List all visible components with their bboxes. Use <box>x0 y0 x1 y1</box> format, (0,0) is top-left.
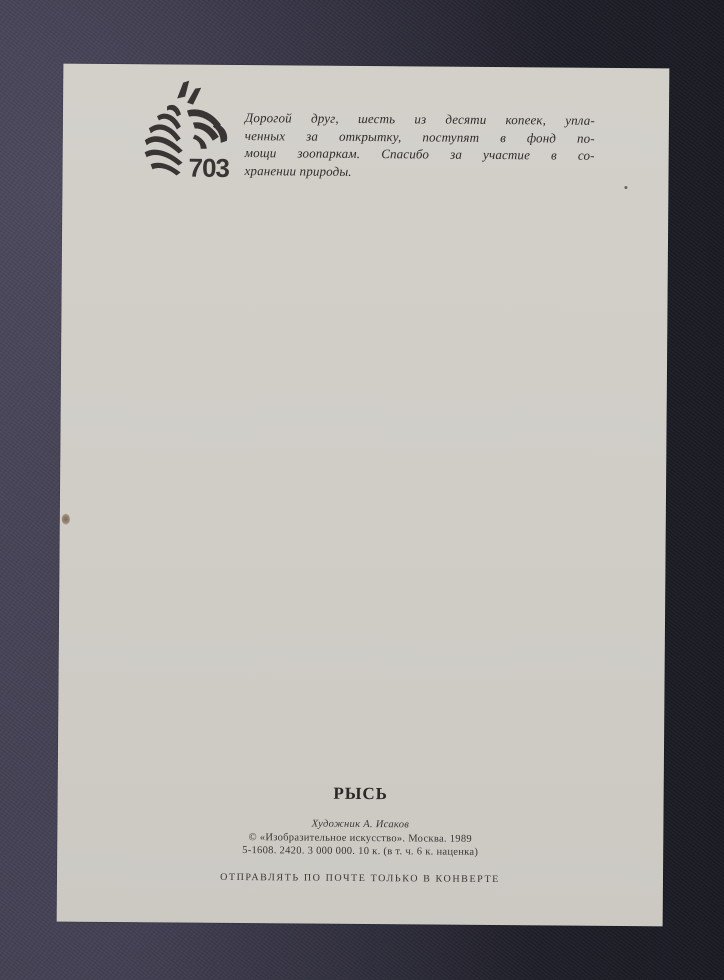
charity-note-line: хранении природы. <box>244 162 594 182</box>
charity-note-line: мощи зоопаркам. Спасибо за участие в со- <box>245 144 595 164</box>
charity-note-line: Дорогой друг, шесть из десяти копеек, уп… <box>245 109 595 129</box>
speck-mark <box>624 186 627 189</box>
postcard-title: РЫСЬ <box>58 782 664 807</box>
charity-note: Дорогой друг, шесть из десяти копеек, уп… <box>244 109 595 182</box>
svg-text:703: 703 <box>188 153 229 181</box>
postcard-back: 703 Дорогой друг, шесть из десяти копеек… <box>57 64 670 927</box>
mail-instruction: ОТПРАВЛЯТЬ ПО ПОЧТЕ ТОЛЬКО В КОНВЕРТЕ <box>57 871 663 887</box>
credits-block: Художник А. Исаков © «Изобразительное ис… <box>57 816 663 861</box>
stain-mark <box>62 514 70 525</box>
zebra-head-icon: 703 <box>136 76 233 181</box>
